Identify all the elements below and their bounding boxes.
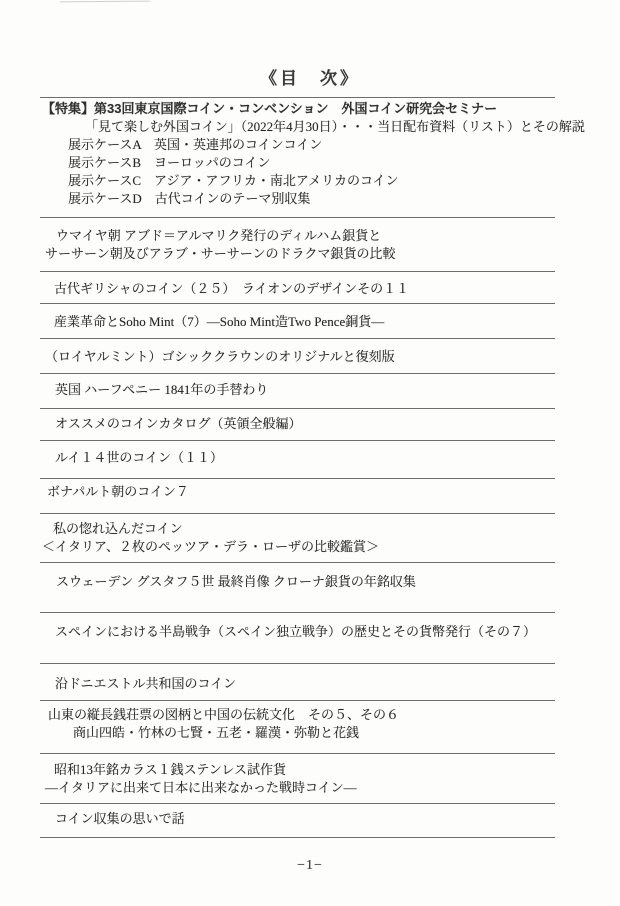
toc-entry-line: 展示ケースD 古代コインのテーマ別収集: [40, 190, 555, 208]
toc-section-umayyad: ウマイヤ朝 アブド＝アルマリク発行のディルハム銀貨と サーサーン朝及びアラブ・サ…: [40, 217, 555, 271]
toc-section-special-feature: 【特集】第33回東京国際コイン・コンベンション 外国コイン研究会セミナー 「見て…: [40, 97, 555, 217]
toc-entry-line: 展示ケースB ヨーロッパのコイン: [40, 154, 555, 172]
toc-entry-line: サーサーン朝及びアラブ・サーサーンのドラクマ銀貨の比較: [40, 245, 555, 263]
toc-section-memories: コイン収集の思いで話: [40, 803, 555, 837]
toc-section-louis-xiv: ルイ１４世のコイン（１１）: [40, 440, 555, 478]
scanned-toc-page: 《目 次》 【特集】第33回東京国際コイン・コンベンション 外国コイン研究会セミ…: [0, 0, 620, 906]
toc-section-spain: スペインにおける半島戦争（スペイン独立戦争）の歴史とその貨幣発行（その７）: [40, 612, 555, 663]
toc-section-shandong: 山東の縦長銭荘票の図柄と中国の伝統文化 その５、その６ 商山四皓・竹林の七賢・五…: [40, 700, 555, 753]
toc-section-halfpenny: 英国 ハーフペニー 1841年の手替わり: [40, 373, 555, 408]
toc-entry-line: 「見て楽しむ外国コイン」（2022年4月30日）・・・当日配布資料（リスト）とそ…: [40, 118, 555, 136]
toc-entry-line: 産業革命とSoho Mint（7）―Soho Mint造Two Pence銅貨―: [40, 313, 555, 331]
scan-artifact-line: [60, 1, 150, 3]
toc-entry-line: 商山四皓・竹林の七賢・五老・羅漢・弥勒と花銭: [40, 724, 555, 742]
toc-entry-line: ルイ１４世のコイン（１１）: [40, 449, 555, 467]
bottom-divider: [40, 837, 555, 838]
toc-entry-line: 展示ケースC アジア・アフリカ・南北アメリカのコイン: [40, 172, 555, 190]
toc-entry-line: ボナパルト朝のコイン７: [40, 483, 555, 501]
toc-section-transnistria: 沿ドニエストル共和国のコイン: [40, 663, 555, 700]
toc-entry-line: 昭和13年銘カラス１銭ステンレス試作貨: [40, 761, 555, 779]
page-title: 《目 次》: [0, 64, 620, 89]
toc-entry-line: コイン収集の思いで話: [40, 810, 555, 828]
toc-section-favorite-coin: 私の惚れ込んだコイン ＜イタリア、２枚のペッツア・デラ・ローザの比較鑑賞＞: [40, 513, 555, 562]
toc-entry-line: （ロイヤルミント）ゴシッククラウンのオリジナルと復刻版: [40, 348, 555, 366]
toc-section-ancient-greek: 古代ギリシャのコイン（２５） ライオンのデザインその１１: [40, 271, 555, 303]
toc-entry-line: 【特集】第33回東京国際コイン・コンベンション 外国コイン研究会セミナー: [40, 100, 555, 118]
toc-entry-line: 山東の縦長銭荘票の図柄と中国の伝統文化 その５、その６: [40, 706, 555, 724]
toc-list: 【特集】第33回東京国際コイン・コンベンション 外国コイン研究会セミナー 「見て…: [40, 97, 555, 838]
toc-section-sweden: スウェーデン グスタフ５世 最終肖像 クローナ銀貨の年銘収集: [40, 562, 555, 612]
toc-entry-line: ウマイヤ朝 アブド＝アルマリク発行のディルハム銀貨と: [40, 227, 555, 245]
toc-entry-line: スウェーデン グスタフ５世 最終肖像 クローナ銀貨の年銘収集: [40, 573, 555, 591]
toc-section-showa-trial: 昭和13年銘カラス１銭ステンレス試作貨 ―イタリアに出来て日本に出来なかった戦時…: [40, 753, 555, 803]
toc-entry-line: 沿ドニエストル共和国のコイン: [40, 675, 555, 693]
toc-entry-line: 古代ギリシャのコイン（２５） ライオンのデザインその１１: [40, 280, 555, 298]
toc-section-royal-mint: （ロイヤルミント）ゴシッククラウンのオリジナルと復刻版: [40, 338, 555, 373]
toc-entry-line: ―イタリアに出来て日本に出来なかった戦時コイン―: [40, 779, 555, 797]
toc-entry-line: スペインにおける半島戦争（スペイン独立戦争）の歴史とその貨幣発行（その７）: [40, 623, 555, 641]
toc-section-coin-catalog: オススメのコインカタログ（英領全般編）: [40, 408, 555, 440]
toc-section-soho-mint: 産業革命とSoho Mint（7）―Soho Mint造Two Pence銅貨―: [40, 303, 555, 338]
toc-entry-line: 展示ケースA 英国・英連邦のコインコイン: [40, 136, 555, 154]
page-number: −1−: [0, 858, 620, 874]
toc-entry-line: 私の惚れ込んだコイン: [40, 520, 555, 538]
toc-entry-line: 英国 ハーフペニー 1841年の手替わり: [40, 381, 555, 399]
toc-section-bonaparte: ボナパルト朝のコイン７: [40, 478, 555, 513]
toc-entry-line: オススメのコインカタログ（英領全般編）: [40, 415, 555, 433]
toc-entry-line: ＜イタリア、２枚のペッツア・デラ・ローザの比較鑑賞＞: [40, 538, 555, 556]
